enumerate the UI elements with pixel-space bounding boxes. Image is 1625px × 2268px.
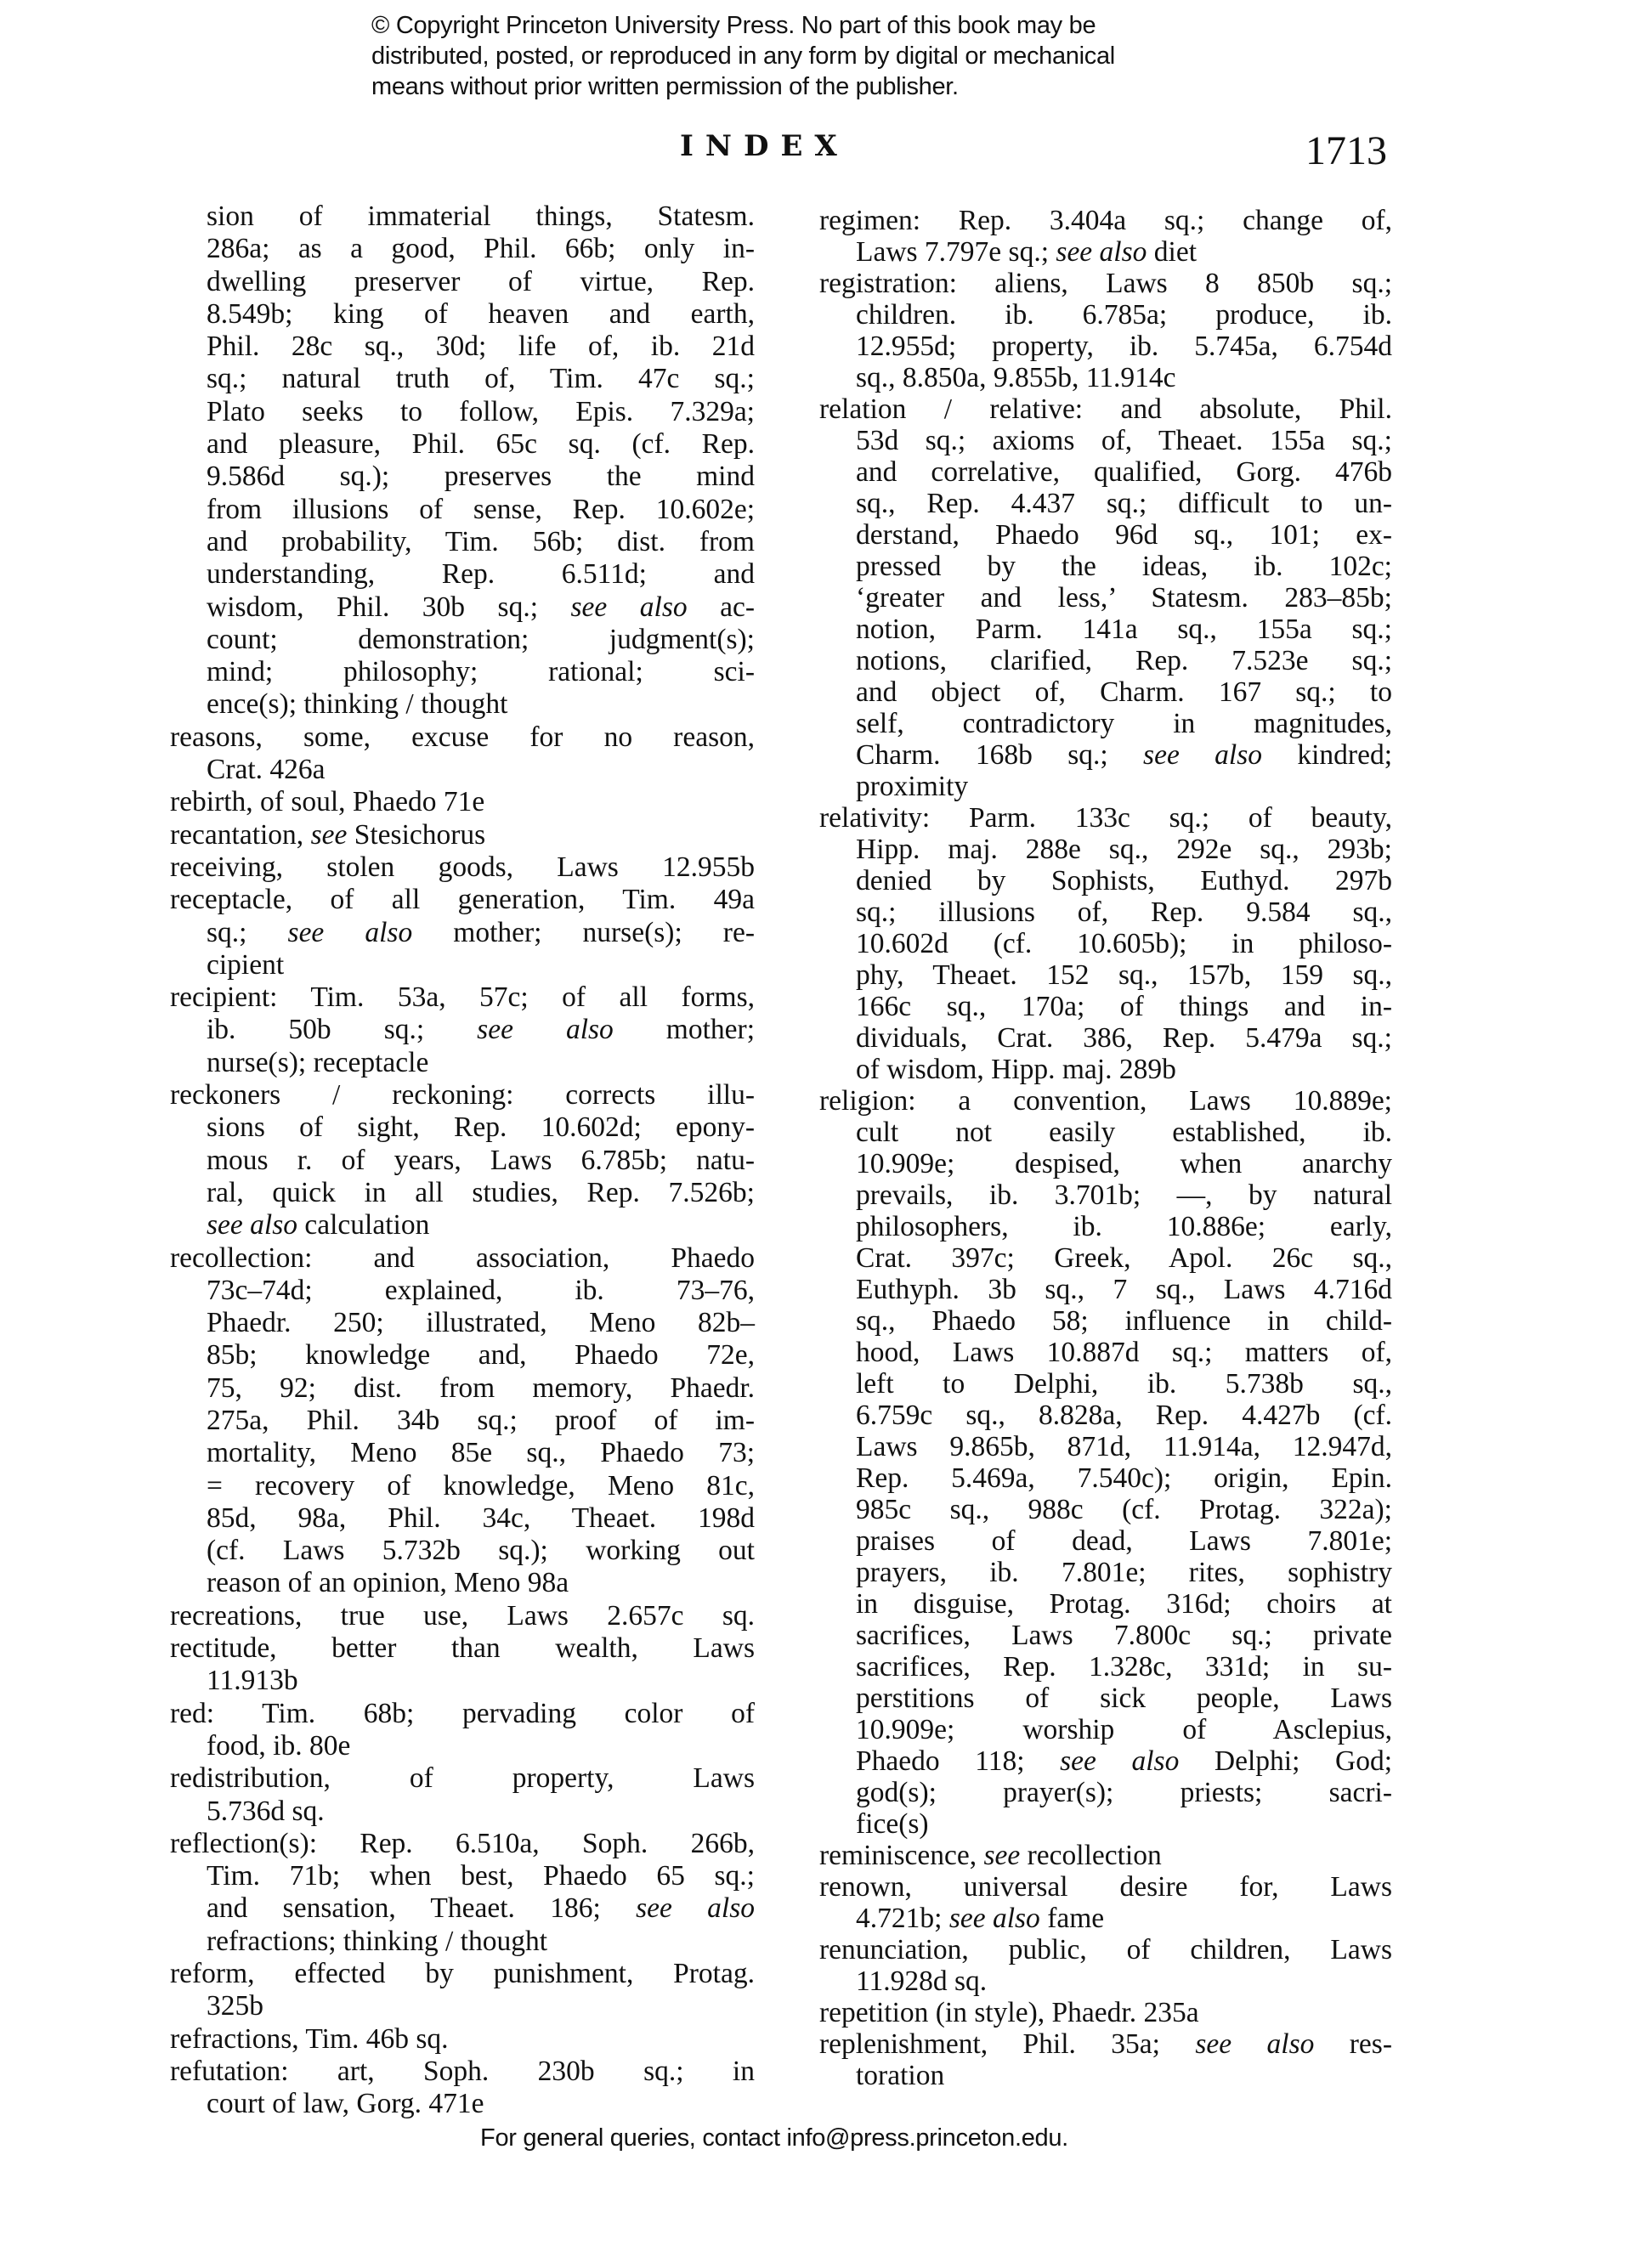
index-line-continuation: = recovery of knowledge, Meno 81c,: [207, 1470, 755, 1502]
index-line-continuation: 75, 92; dist. from memory, Phaedr.: [207, 1372, 755, 1405]
index-line-continuation: 12.955d; property, ib. 5.745a, 6.754d: [856, 331, 1392, 362]
index-line-continuation: in disguise, Protag. 316d; choirs at: [856, 1588, 1392, 1620]
index-line-continuation: 8.549b; king of heaven and earth,: [207, 298, 755, 331]
index-line-continuation: sq.; illusions of, Rep. 9.584 sq.,: [856, 896, 1392, 928]
copyright-notice: © Copyright Princeton University Press. …: [371, 10, 1221, 102]
index-line-continuation: 166c sq., 170a; of things and in-: [856, 991, 1392, 1022]
index-entry-line: reasons, some, excuse for no reason,: [170, 721, 755, 754]
index-line-continuation: 10.909e; despised, when anarchy: [856, 1148, 1392, 1179]
index-line-continuation: 325b: [207, 1990, 755, 2022]
index-line-continuation: 9.586d sq.); preserves the mind: [207, 461, 755, 493]
footer: For general queries, contact info@press.…: [0, 2124, 1625, 2152]
index-entry-line: recreations, true use, Laws 2.657c sq.: [170, 1600, 755, 1632]
index-entry-line: replenishment, Phil. 35a; see also res-: [819, 2028, 1392, 2060]
index-line-continuation: 5.736d sq.: [207, 1796, 755, 1828]
index-line-continuation: denied by Sophists, Euthyd. 297b: [856, 865, 1392, 896]
index-line-continuation: and pleasure, Phil. 65c sq. (cf. Rep.: [207, 428, 755, 461]
page-number: 1713: [1305, 127, 1387, 174]
index-line-continuation: and probability, Tim. 56b; dist. from: [207, 526, 755, 558]
index-line-continuation: sions of sight, Rep. 10.602d; epony-: [207, 1111, 755, 1144]
footer-contact: For general queries, contact info@press.…: [480, 2124, 1068, 2152]
index-line-continuation: 275a, Phil. 34b sq.; proof of im-: [207, 1405, 755, 1437]
copyright-line: distributed, posted, or reproduced in an…: [371, 41, 1221, 71]
index-line-continuation: and sensation, Theaet. 186; see also: [207, 1892, 755, 1925]
index-line-continuation: from illusions of sense, Rep. 10.602e;: [207, 494, 755, 526]
index-line-continuation: sacrifices, Laws 7.800c sq.; private: [856, 1620, 1392, 1651]
index-line-continuation: phy, Theaet. 152 sq., 157b, 159 sq.,: [856, 959, 1392, 991]
index-line-continuation: reason of an opinion, Meno 98a: [207, 1567, 755, 1599]
index-line-continuation: 10.602d (cf. 10.605b); in philoso-: [856, 928, 1392, 959]
index-line-continuation: sq., Phaedo 58; influence in child-: [856, 1305, 1392, 1337]
index-line-continuation: notions, clarified, Rep. 7.523e sq.;: [856, 645, 1392, 676]
index-line-continuation: perstitions of sick people, Laws: [856, 1683, 1392, 1714]
index-entry-line: religion: a convention, Laws 10.889e;: [819, 1085, 1392, 1117]
index-entry-line: refractions, Tim. 46b sq.: [170, 2023, 755, 2056]
index-line-continuation: Rep. 5.469a, 7.540c); origin, Epin.: [856, 1462, 1392, 1494]
index-line-continuation: 6.759c sq., 8.828a, Rep. 4.427b (cf.: [856, 1400, 1392, 1431]
index-line-continuation: 11.913b: [207, 1665, 755, 1697]
index-line-continuation: understanding, Rep. 6.511d; and: [207, 558, 755, 591]
index-entry-line: repetition (in style), Phaedr. 235a: [819, 1997, 1392, 2028]
index-entry-line: relation / relative: and absolute, Phil.: [819, 393, 1392, 425]
index-line-continuation: god(s); prayer(s); priests; sacri-: [856, 1777, 1392, 1808]
index-line-continuation: Plato seeks to follow, Epis. 7.329a;: [207, 396, 755, 428]
index-line-continuation: pressed by the ideas, ib. 102c;: [856, 551, 1392, 582]
index-entry-line: renown, universal desire for, Laws: [819, 1871, 1392, 1903]
index-line-continuation: Crat. 426a: [207, 754, 755, 786]
index-line-continuation: mous r. of years, Laws 6.785b; natu-: [207, 1145, 755, 1177]
index-line-continuation: Euthyph. 3b sq., 7 sq., Laws 4.716d: [856, 1274, 1392, 1305]
index-line-continuation: sq., Rep. 4.437 sq.; difficult to un-: [856, 488, 1392, 519]
index-line-continuation: (cf. Laws 5.732b sq.); working out: [207, 1535, 755, 1567]
index-line-continuation: Crat. 397c; Greek, Apol. 26c sq.,: [856, 1242, 1392, 1274]
copyright-line: © Copyright Princeton University Press. …: [371, 10, 1221, 41]
index-entry-line: renunciation, public, of children, Laws: [819, 1934, 1392, 1965]
index-line-continuation: notion, Parm. 141a sq., 155a sq.;: [856, 614, 1392, 645]
index-line-continuation: food, ib. 80e: [207, 1730, 755, 1762]
index-line-continuation: of wisdom, Hipp. maj. 289b: [856, 1054, 1392, 1085]
index-entry-line: reckoners / reckoning: corrects illu-: [170, 1079, 755, 1111]
running-head: INDEX: [680, 129, 849, 163]
index-line-continuation: self, contradictory in magnitudes,: [856, 708, 1392, 739]
index-line-continuation: court of law, Gorg. 471e: [207, 2088, 755, 2120]
index-line-continuation: philosophers, ib. 10.886e; early,: [856, 1211, 1392, 1242]
index-line-continuation: 85b; knowledge and, Phaedo 72e,: [207, 1339, 755, 1372]
index-entry-line: red: Tim. 68b; pervading color of: [170, 1698, 755, 1730]
index-entry-line: receiving, stolen goods, Laws 12.955b: [170, 851, 755, 884]
index-line-continuation: dividuals, Crat. 386, Rep. 5.479a sq.;: [856, 1022, 1392, 1054]
index-line-continuation: hood, Laws 10.887d sq.; matters of,: [856, 1337, 1392, 1368]
index-line-continuation: 4.721b; see also fame: [856, 1903, 1392, 1934]
index-line-continuation: and object of, Charm. 167 sq.; to: [856, 676, 1392, 708]
index-entry-line: refutation: art, Soph. 230b sq.; in: [170, 2056, 755, 2088]
index-line-continuation: ‘greater and less,’ Statesm. 283–85b;: [856, 582, 1392, 614]
index-line-continuation: toration: [856, 2060, 1392, 2091]
index-line-continuation: ral, quick in all studies, Rep. 7.526b;: [207, 1177, 755, 1209]
index-line-continuation: Laws 7.797e sq.; see also diet: [856, 236, 1392, 268]
index-line-continuation: and correlative, qualified, Gorg. 476b: [856, 456, 1392, 488]
index-line-continuation: Charm. 168b sq.; see also kindred;: [856, 739, 1392, 771]
index-line-continuation: 85d, 98a, Phil. 34c, Theaet. 198d: [207, 1502, 755, 1535]
index-entry-line: rebirth, of soul, Phaedo 71e: [170, 786, 755, 818]
index-column-left: sion of immaterial things, Statesm.286a;…: [170, 201, 755, 2121]
index-line-continuation: Phaedo 118; see also Delphi; God;: [856, 1745, 1392, 1777]
index-line-continuation: Phil. 28c sq., 30d; life of, ib. 21d: [207, 331, 755, 363]
index-entry-line: regimen: Rep. 3.404a sq.; change of,: [819, 205, 1392, 236]
index-entry-line: receptacle, of all generation, Tim. 49a: [170, 884, 755, 916]
index-column-right: regimen: Rep. 3.404a sq.; change of,Laws…: [819, 205, 1392, 2091]
index-line-continuation: ence(s); thinking / thought: [207, 688, 755, 721]
index-line-continuation: 73c–74d; explained, ib. 73–76,: [207, 1275, 755, 1307]
index-line-continuation: children. ib. 6.785a; produce, ib.: [856, 299, 1392, 331]
index-line-continuation: 985c sq., 988c (cf. Protag. 322a);: [856, 1494, 1392, 1525]
index-line-continuation: fice(s): [856, 1808, 1392, 1840]
index-entry-line: reminiscence, see recollection: [819, 1840, 1392, 1871]
index-line-continuation: proximity: [856, 771, 1392, 802]
index-line-continuation: sacrifices, Rep. 1.328c, 331d; in su-: [856, 1651, 1392, 1683]
index-line-continuation: cult not easily established, ib.: [856, 1117, 1392, 1148]
index-line-continuation: derstand, Phaedo 96d sq., 101; ex-: [856, 519, 1392, 551]
index-line-continuation: sq.; see also mother; nurse(s); re-: [207, 917, 755, 949]
index-line-continuation: sq.; natural truth of, Tim. 47c sq.;: [207, 363, 755, 395]
index-line-continuation: praises of dead, Laws 7.801e;: [856, 1525, 1392, 1557]
index-entry-line: relativity: Parm. 133c sq.; of beauty,: [819, 802, 1392, 834]
index-line-continuation: Tim. 71b; when best, Phaedo 65 sq.;: [207, 1860, 755, 1892]
index-line-continuation: Laws 9.865b, 871d, 11.914a, 12.947d,: [856, 1431, 1392, 1462]
index-line-continuation: 286a; as a good, Phil. 66b; only in-: [207, 233, 755, 265]
index-line-continuation: mind; philosophy; rational; sci-: [207, 656, 755, 688]
index-line-continuation: nurse(s); receptacle: [207, 1047, 755, 1079]
index-entry-line: recipient: Tim. 53a, 57c; of all forms,: [170, 981, 755, 1014]
index-line-continuation: sion of immaterial things, Statesm.: [207, 201, 755, 233]
index-line-continuation: 11.928d sq.: [856, 1965, 1392, 1997]
copyright-line: means without prior written permission o…: [371, 71, 1221, 102]
index-entry-line: redistribution, of property, Laws: [170, 1762, 755, 1795]
index-line-continuation: refractions; thinking / thought: [207, 1926, 755, 1958]
index-line-continuation: 10.909e; worship of Asclepius,: [856, 1714, 1392, 1745]
index-entry-line: recollection: and association, Phaedo: [170, 1242, 755, 1275]
index-line-continuation: prayers, ib. 7.801e; rites, sophistry: [856, 1557, 1392, 1588]
index-line-continuation: wisdom, Phil. 30b sq.; see also ac-: [207, 591, 755, 624]
index-line-continuation: 53d sq.; axioms of, Theaet. 155a sq.;: [856, 425, 1392, 456]
index-entry-line: reflection(s): Rep. 6.510a, Soph. 266b,: [170, 1828, 755, 1860]
index-entry-line: reform, effected by punishment, Protag.: [170, 1958, 755, 1990]
index-line-continuation: Phaedr. 250; illustrated, Meno 82b–: [207, 1307, 755, 1339]
index-line-continuation: prevails, ib. 3.701b; —, by natural: [856, 1179, 1392, 1211]
index-line-continuation: dwelling preserver of virtue, Rep.: [207, 266, 755, 298]
index-entry-line: rectitude, better than wealth, Laws: [170, 1632, 755, 1665]
index-line-continuation: mortality, Meno 85e sq., Phaedo 73;: [207, 1437, 755, 1469]
index-line-continuation: sq., 8.850a, 9.855b, 11.914c: [856, 362, 1392, 393]
index-entry-line: registration: aliens, Laws 8 850b sq.;: [819, 268, 1392, 299]
index-line-continuation: left to Delphi, ib. 5.738b sq.,: [856, 1368, 1392, 1400]
index-line-continuation: ib. 50b sq.; see also mother;: [207, 1014, 755, 1046]
index-entry-line: recantation, see Stesichorus: [170, 819, 755, 851]
index-line-continuation: cipient: [207, 949, 755, 981]
index-line-continuation: count; demonstration; judgment(s);: [207, 624, 755, 656]
index-line-continuation: see also calculation: [207, 1209, 755, 1241]
index-line-continuation: Hipp. maj. 288e sq., 292e sq., 293b;: [856, 834, 1392, 865]
